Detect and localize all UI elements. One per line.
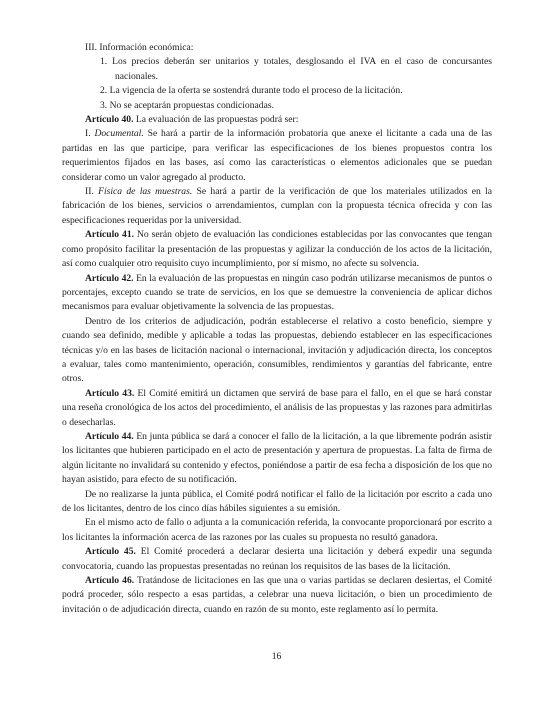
paragraph-article-40: Artículo 40. La evaluación de las propue… bbox=[62, 113, 492, 127]
italic-term: Física de las muestras. bbox=[98, 186, 192, 197]
paragraph-fisica-muestras: II. Física de las muestras. Se hará a pa… bbox=[62, 185, 492, 228]
roman-numeral: II. bbox=[85, 186, 94, 197]
paragraph-article-42: Artículo 42. En la evaluación de las pro… bbox=[62, 272, 492, 315]
paragraph-article-43: Artículo 43. El Comité emitirá un dictam… bbox=[62, 387, 492, 430]
article-label: Artículo 46. bbox=[85, 575, 134, 586]
list-item-text: La vigencia de la oferta se sostendrá du… bbox=[110, 85, 403, 96]
paragraph-article-44: Artículo 44. En junta pública se dará a … bbox=[62, 430, 492, 488]
paragraph-junta-publica: De no realizarse la junta pública, el Co… bbox=[62, 488, 492, 517]
list-item: 3. No se aceptarán propuestas condiciona… bbox=[62, 99, 492, 113]
document-page: III. Información económica: 1. Los preci… bbox=[0, 0, 553, 715]
list-item-number: 1. bbox=[100, 56, 107, 67]
list-item-text: Los precios deberán ser unitarios y tota… bbox=[112, 56, 492, 81]
list-item-text: No se aceptarán propuestas condicionadas… bbox=[110, 100, 274, 111]
article-label: Artículo 41. bbox=[85, 229, 134, 240]
paragraph-acto-fallo: En el mismo acto de fallo o adjunta a la… bbox=[62, 516, 492, 545]
article-label: Artículo 42. bbox=[85, 273, 134, 284]
paragraph-documental: I. Documental. Se hará a partir de la in… bbox=[62, 127, 492, 185]
paragraph-text: De no realizarse la junta pública, el Co… bbox=[62, 489, 492, 514]
paragraph-article-45: Artículo 45. El Comité procederá a decla… bbox=[62, 545, 492, 574]
article-label: Artículo 44. bbox=[85, 431, 134, 442]
section-heading: III. Información económica: bbox=[85, 41, 492, 55]
paragraph-article-46: Artículo 46. Tratándose de licitaciones … bbox=[62, 574, 492, 617]
italic-term: Documental. bbox=[94, 128, 143, 139]
list-item: 1. Los precios deberán ser unitarios y t… bbox=[62, 55, 492, 84]
roman-numeral: I. bbox=[85, 128, 91, 139]
list-item-number: 3. bbox=[100, 100, 107, 111]
article-label: Artículo 45. bbox=[85, 546, 136, 557]
paragraph-criterios-adjudicacion: Dentro de los criterios de adjudicación,… bbox=[62, 315, 492, 387]
page-number: 16 bbox=[0, 650, 553, 664]
article-label: Artículo 43. bbox=[85, 388, 134, 399]
article-label: Artículo 40. bbox=[85, 114, 134, 125]
paragraph-text: En el mismo acto de fallo o adjunta a la… bbox=[62, 517, 492, 542]
paragraph-text: La evaluación de las propuestas podrá se… bbox=[136, 114, 299, 125]
paragraph-article-41: Artículo 41. No serán objeto de evaluaci… bbox=[62, 228, 492, 271]
paragraph-text: Dentro de los criterios de adjudicación,… bbox=[62, 316, 492, 385]
list-item: 2. La vigencia de la oferta se sostendrá… bbox=[62, 84, 492, 98]
list-item-number: 2. bbox=[100, 85, 107, 96]
numbered-list: 1. Los precios deberán ser unitarios y t… bbox=[62, 55, 492, 113]
